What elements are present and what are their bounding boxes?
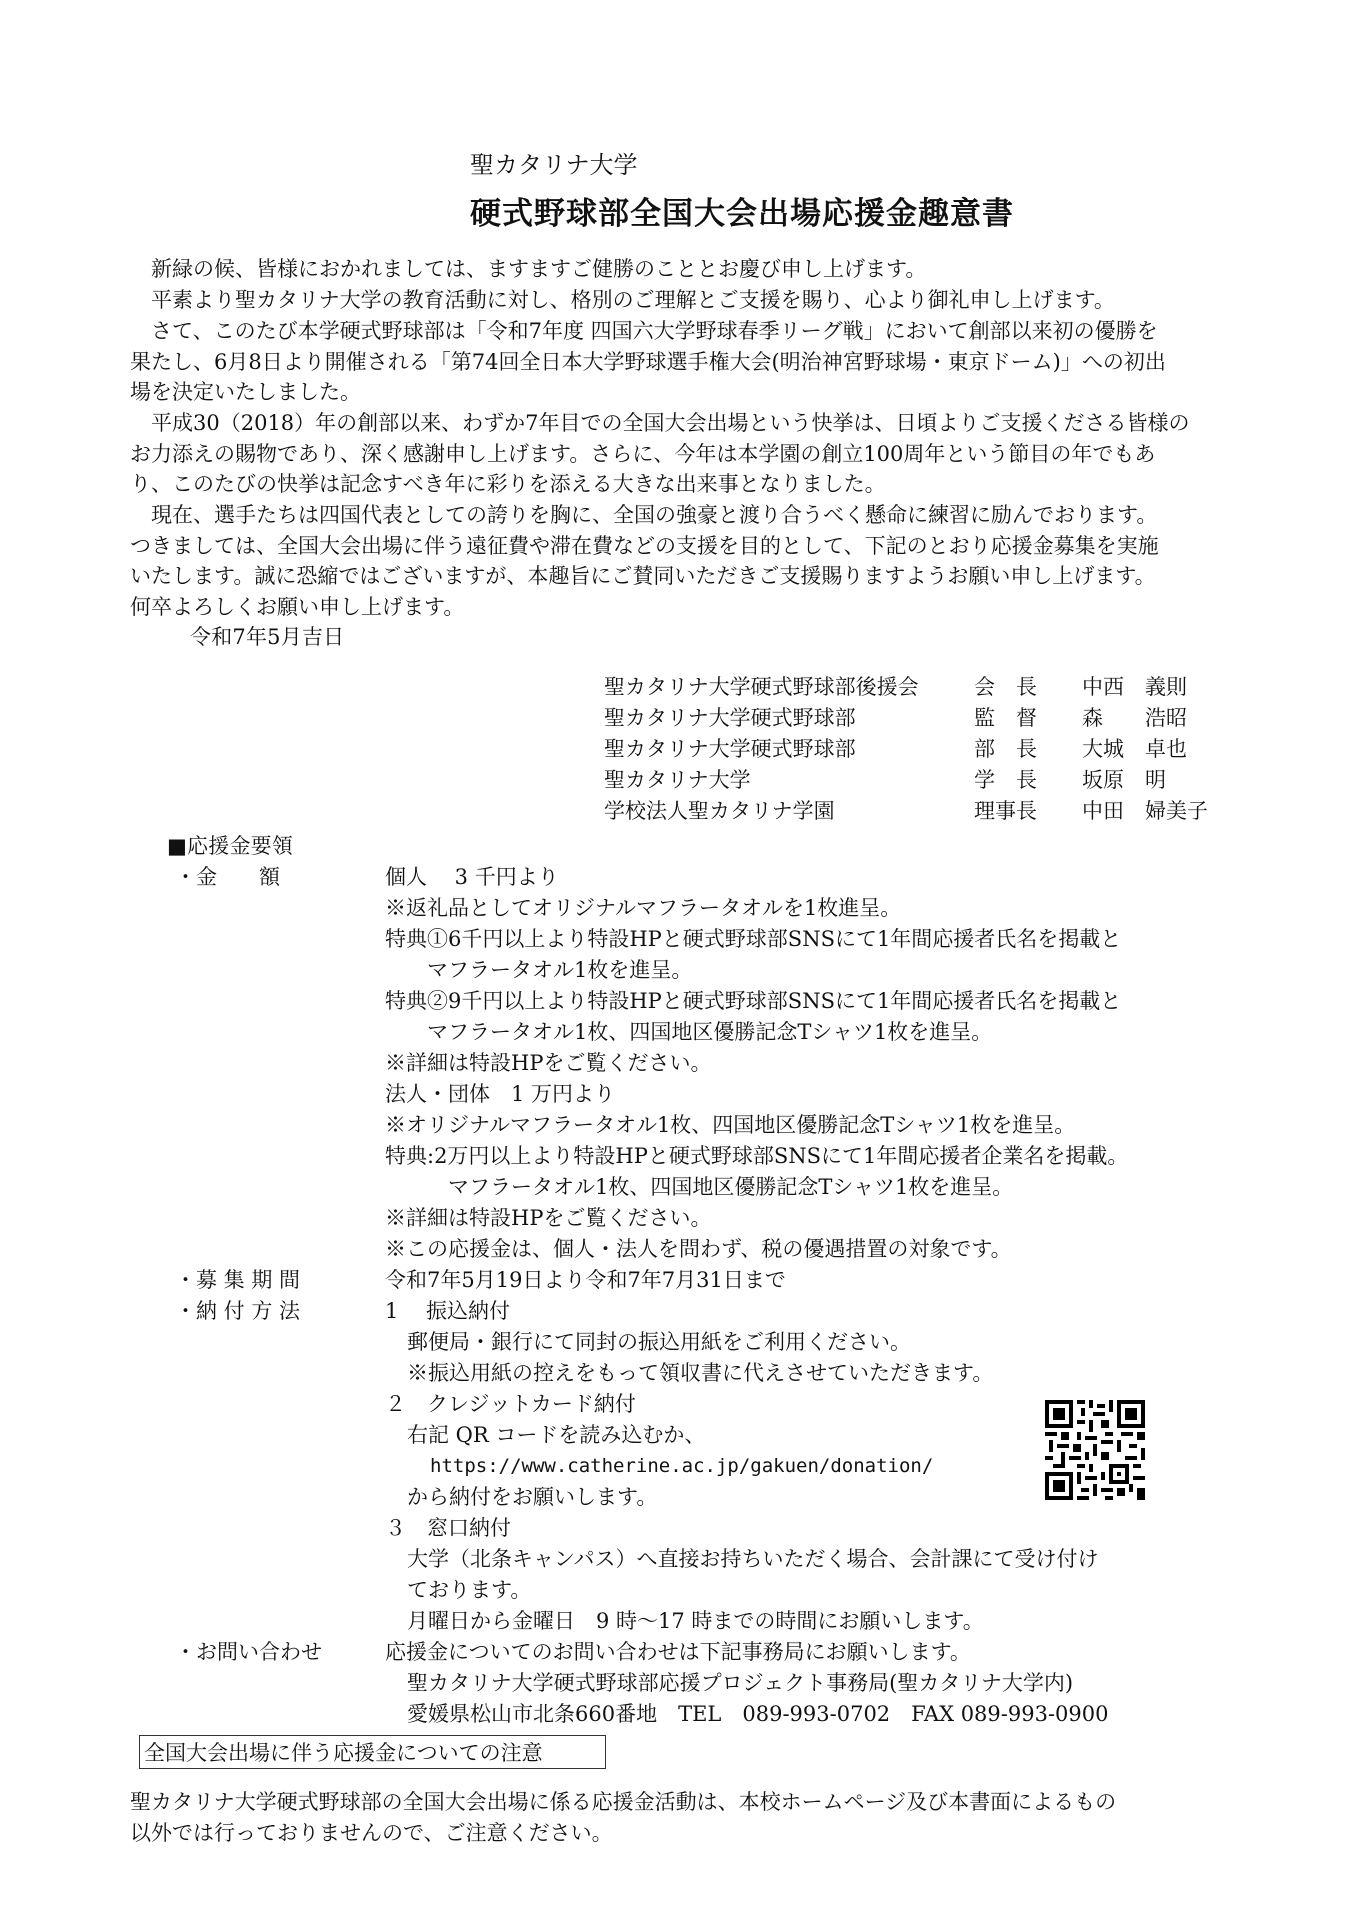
paragraph-thanks: 平素より聖カタリナ大学の教育活動に対し、格別のご理解とご支援を賜り、心より御礼申…	[130, 285, 1260, 316]
payment-line: 大学（北条キャンパス）へ直接お持ちいただく場合、会計課にて受け付け	[407, 1544, 1099, 1575]
qr-code-icon[interactable]	[1045, 1400, 1145, 1500]
amount-line: 個人 3 千円より	[385, 862, 559, 893]
paragraph-line: 新緑の候、皆様におかれましては、ますますご健勝のこととお慶び申し上げます。	[130, 254, 1260, 285]
paragraph-request: 現在、選手たちは四国代表としての誇りを胸に、全国の強豪と渡り合うべく懸命に練習に…	[130, 500, 1260, 622]
payment-line: 郵便局・銀行にて同封の振込用紙をご利用ください。	[407, 1327, 911, 1358]
signatory-org: 聖カタリナ大学硬式野球部	[604, 703, 856, 734]
signatory-org: 聖カタリナ大学	[604, 765, 751, 796]
payment-method-title: ２ クレジットカード納付	[385, 1389, 636, 1420]
signatory-role: 理事長	[974, 796, 1037, 827]
paragraph-line: 平成30（2018）年の創部以来、わずか7年目での全国大会出場という快挙は、日頃…	[130, 408, 1260, 439]
signatory-name: 中田 婦美子	[1082, 796, 1208, 827]
signatory-role: 学 長	[974, 765, 1037, 796]
paragraph-line: 何卒よろしくお願い申し上げます。	[130, 592, 1260, 623]
paragraph-history: 平成30（2018）年の創部以来、わずか7年目での全国大会出場という快挙は、日頃…	[130, 408, 1260, 500]
contact-line: 応援金についてのお問い合わせは下記事務局にお願いします。	[385, 1637, 971, 1668]
period-value: 令和7年5月19日より令和7年7月31日まで	[385, 1265, 786, 1296]
donation-url-link[interactable]: https://www.catherine.ac.jp/gakuen/donat…	[430, 1451, 933, 1482]
document-date: 令和7年5月吉日	[190, 622, 344, 652]
period-label: ・募 集 期 間	[175, 1265, 300, 1296]
payment-line: 月曜日から金曜日 9 時～17 時までの時間にお願いします。	[407, 1606, 984, 1637]
notice-box-title: 全国大会出場に伴う応援金についての注意	[139, 1735, 606, 1769]
amount-line: マフラータオル1枚、四国地区優勝記念Tシャツ1枚を進呈。	[385, 1172, 1013, 1203]
amount-line: マフラータオル1枚を進呈。	[385, 955, 692, 986]
contact-address: 愛媛県松山市北条660番地 TEL 089-993-0702 FAX 089-9…	[407, 1699, 1109, 1730]
amount-line: ※返礼品としてオリジナルマフラータオルを1枚進呈。	[385, 893, 901, 924]
signatory-org: 聖カタリナ大学硬式野球部後援会	[604, 672, 919, 703]
payment-line: から納付をお願いします。	[407, 1482, 657, 1513]
notice-line: 以外では行っておりませんので、ご注意ください。	[130, 1818, 613, 1849]
paragraph-announcement: さて、このたび本学硬式野球部は「令和7年度 四国六大学野球春季リーグ戦」において…	[130, 316, 1260, 408]
payment-line: ※振込用紙の控えをもって領収書に代えさせていただきます。	[407, 1358, 993, 1389]
amount-line: 特典①6千円以上より特設HPと硬式野球部SNSにて1年間応援者氏名を掲載と	[385, 924, 1121, 955]
paragraph-line: 果たし、6月8日より開催される「第74回全日本大学野球選手権大会(明治神宮野球場…	[130, 347, 1260, 378]
signatory-role: 監 督	[974, 703, 1037, 734]
payment-line: ております。	[407, 1575, 531, 1606]
signatory-role: 部 長	[974, 734, 1037, 765]
paragraph-line: 場を決定いたしました。	[130, 377, 1260, 408]
amount-line: ※オリジナルマフラータオル1枚、四国地区優勝記念Tシャツ1枚を進呈。	[385, 1110, 1075, 1141]
document-title: 硬式野球部全国大会出場応援金趣意書	[470, 188, 1014, 233]
paragraph-line: いたします。誠に恐縮ではございますが、本趣旨にご賛同いただきご支援賜りますようお…	[130, 561, 1260, 592]
amount-line: マフラータオル1枚、四国地区優勝記念Tシャツ1枚を進呈。	[385, 1017, 992, 1048]
paragraph-line: 現在、選手たちは四国代表としての誇りを胸に、全国の強豪と渡り合うべく懸命に練習に…	[130, 500, 1260, 531]
signatory-name: 中西 義則	[1082, 672, 1187, 703]
guidelines-heading: ■応援金要領	[167, 831, 293, 861]
paragraph-greeting: 新緑の候、皆様におかれましては、ますますご健勝のこととお慶び申し上げます。	[130, 254, 1260, 285]
signatory-name: 森 浩昭	[1082, 703, 1187, 734]
paragraph-line: お力添えの賜物であり、深く感謝申し上げます。さらに、今年は本学園の創立100周年…	[130, 439, 1260, 470]
amount-line: ※詳細は特設HPをご覧ください。	[385, 1203, 711, 1234]
contact-label: ・お問い合わせ	[175, 1637, 322, 1668]
contact-office: 聖カタリナ大学硬式野球部応援プロジェクト事務局(聖カタリナ大学内)	[407, 1668, 1073, 1699]
payment-line: 右記 QR コードを読み込むか、	[407, 1420, 705, 1451]
paragraph-line: り、このたびの快挙は記念すべき年に彩りを添える大きな出来事となりました。	[130, 469, 1260, 500]
amount-line: 特典②9千円以上より特設HPと硬式野球部SNSにて1年間応援者氏名を掲載と	[385, 986, 1121, 1017]
university-name: 聖カタリナ大学	[470, 145, 638, 180]
amount-label: ・金 額	[175, 862, 280, 893]
paragraph-line: 平素より聖カタリナ大学の教育活動に対し、格別のご理解とご支援を賜り、心より御礼申…	[130, 285, 1260, 316]
payment-method-title: ３ 窓口納付	[385, 1513, 511, 1544]
amount-line: 法人・団体 1 万円より	[385, 1079, 615, 1110]
payment-method-title: 1 振込納付	[385, 1296, 510, 1327]
signatory-name: 大城 卓也	[1082, 734, 1187, 765]
paragraph-line: さて、このたび本学硬式野球部は「令和7年度 四国六大学野球春季リーグ戦」において…	[130, 316, 1260, 347]
signatory-role: 会 長	[974, 672, 1037, 703]
signatory-org: 聖カタリナ大学硬式野球部	[604, 734, 856, 765]
payment-label: ・納 付 方 法	[175, 1296, 300, 1327]
signatory-name: 坂原 明	[1082, 765, 1166, 796]
paragraph-line: つきましては、全国大会出場に伴う遠征費や滞在費などの支援を目的として、下記のとお…	[130, 531, 1260, 562]
amount-line: ※この応援金は、個人・法人を問わず、税の優遇措置の対象です。	[385, 1234, 1012, 1265]
amount-line: 特典:2万円以上より特設HPと硬式野球部SNSにて1年間応援者企業名を掲載。	[385, 1141, 1128, 1172]
signatory-org: 学校法人聖カタリナ学園	[604, 796, 835, 827]
amount-line: ※詳細は特設HPをご覧ください。	[385, 1048, 711, 1079]
notice-line: 聖カタリナ大学硬式野球部の全国大会出場に係る応援金活動は、本校ホームページ及び本…	[130, 1787, 1116, 1818]
